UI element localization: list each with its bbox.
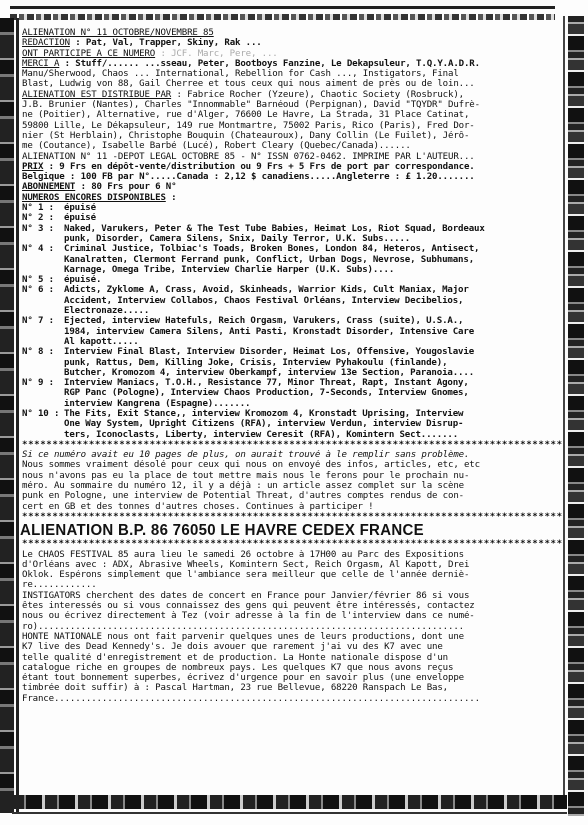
news-line: étant tout bonnement superbes, écrivez d… [22,673,562,683]
news-line: INSTIGATORS cherchent des dates de conce… [22,591,562,601]
issue-contents: Interview Maniacs, T.O.H., Resistance 77… [64,378,562,409]
note-line: Nous sommes vraiment désolé pour ceux qu… [22,460,562,470]
issue-row: N° 9 :Interview Maniacs, T.O.H., Resista… [22,378,562,409]
issue-contents-line: Al kapott..... [64,337,562,347]
issue-row: N° 3 :Naked, Varukers, Peter & The Test … [22,224,562,245]
issue-contents: Naked, Varukers, Peter & The Test Tube B… [64,224,562,245]
issue-contents-line: Interview Final Blast, Interview Disorde… [64,347,562,357]
issue-number: N° 6 : [22,285,64,316]
issue-contents-line: Interview Maniacs, T.O.H., Resistance 77… [64,378,562,388]
issue-number: N° 2 : [22,213,64,223]
issue-title: ALIENATION N° 11 OCTOBRE/NOVEMBRE 85 [22,28,562,38]
note-line: méro. Au sommaire du numéro 12, il y a d… [22,481,562,491]
issue-row: N° 1 :épuisé [22,203,562,213]
issue-number: N° 9 : [22,378,64,409]
issue-contents-line: épuisé [64,203,562,213]
participe-names: : JCF. Marc, Pere, ... [160,49,277,59]
issue-contents-line: Electronaze..... [64,306,562,316]
news-line: nous ou écrivez directement à Tez (voir … [22,611,562,621]
distrib-text-6: me (Coutance), Isabelle Barbé (Lucé), Ro… [22,141,562,151]
issue-contents: épuisé [64,213,562,223]
prix-label: PRIX [22,162,43,172]
issue-row: N° 4 :Criminal Justice, Tolbiac's Toads,… [22,244,562,275]
scan-rule-right [563,16,565,796]
issue-contents-line: Criminal Justice, Tolbiac's Toads, Broke… [64,244,562,254]
editorial-note: Si ce numéro avait eu 10 pages de plus, … [22,450,562,512]
issue-contents-line: punk, Rattus, Dem, Killing Joke, Crisis,… [64,358,562,368]
issue-contents-line: Butcher, Kromozom 4, interview Oberkampf… [64,368,562,378]
news-line: Oklok. Espérons simplement que l'ambianc… [22,570,562,580]
numeros-suffix: : [166,193,177,203]
issue-row: N° 2 :épuisé [22,213,562,223]
prix-text-2: Belgique : 100 FB par N°.....Canada : 2,… [22,172,562,182]
issue-row: N° 5 :épuisé. [22,275,562,285]
chaos-festival-news: Le CHAOS FESTIVAL 85 aura lieu le samedi… [22,550,562,591]
issue-contents-line: One Way System, Upright Citizens (RFA), … [64,419,562,429]
news-line: France..................................… [22,694,562,704]
distrib-line: ALIENATION EST DISTRIBUE PAR : Fabrice R… [22,90,562,100]
issue-row: N° 8 :Interview Final Blast, Interview D… [22,347,562,378]
distrib-label: ALIENATION EST DISTRIBUE PAR [22,90,171,100]
issue-number: N° 8 : [22,347,64,378]
issue-row: N° 10 :The Fits, Exit Stance,, interview… [22,409,562,440]
distrib-text-1: : Fabrice Rocher (Yzeure), Chaotic Socie… [176,90,464,100]
news-line: timbrée doit suffir) à : Pascal Hartman,… [22,683,562,693]
issue-contents-line: Adicts, Zyklome A, Crass, Avoid, Skinhea… [64,285,562,295]
scan-border-bottom [12,795,567,809]
issue-contents: Criminal Justice, Tolbiac's Toads, Broke… [64,244,562,275]
news-line: telle qualité d'enregistrement et de pro… [22,653,562,663]
zine-page: ALIENATION N° 11 OCTOBRE/NOVEMBRE 85 RED… [0,0,588,825]
separator-3: ****************************************… [22,539,562,549]
abonnement-label: ABONNEMENT [22,182,75,192]
abonnement-text: : 80 Frs pour 6 N° [81,182,177,192]
issue-number: N° 7 : [22,316,64,347]
distrib-text-3: ne (Poitier), Alternative, rue d'Alger, … [22,110,562,120]
news-line: Le CHAOS FESTIVAL 85 aura lieu le samedi… [22,550,562,560]
issue-contents-line: Accident, Interview Collabos, Chaos Fest… [64,296,562,306]
issue-contents-line: épuisé. [64,275,562,285]
issue-contents-line: épuisé [64,213,562,223]
numeros-label: NUMEROS ENCORES DISPONIBLES [22,193,166,203]
redaction-label: REDACTION [22,38,70,48]
prix-text-1: : 9 Frs en dépôt-vente/distribution ou 9… [49,162,475,172]
merci-line: MERCI A : Stuff/...... ...sseau, Peter, … [22,59,562,69]
zine-content: ALIENATION N° 11 OCTOBRE/NOVEMBRE 85 RED… [22,20,562,704]
scan-rule-bottom [12,812,567,814]
news-line: re............ [22,580,562,590]
participe-line: ONT PARTICIPE A CE NUMERO : JCF. Marc, P… [22,49,562,59]
news-line: d'Orléans avec : ADX, Abrasive Wheels, K… [22,560,562,570]
issue-contents-line: RGP Panc (Pologne), Interview Chaos Prod… [64,388,562,398]
note-line: nous n'avons pas eu la place de tout met… [22,471,562,481]
depot-legal-line: ALIENATION N° 11 -DEPOT LEGAL OCTOBRE 85… [22,152,562,162]
issue-contents-line: Kanalratten, Clermont Ferrand punk, Conf… [64,255,562,265]
participe-label: ONT PARTICIPE A CE NUMERO [22,49,155,59]
issue-contents: Interview Final Blast, Interview Disorde… [64,347,562,378]
issue-contents: Adicts, Zyklome A, Crass, Avoid, Skinhea… [64,285,562,316]
issue-row: N° 7 :Ejected, interview Hatefuls, Reich… [22,316,562,347]
numeros-heading: NUMEROS ENCORES DISPONIBLES : [22,193,562,203]
issue-number: N° 10 : [22,409,64,440]
mailing-address: ALIENATION B.P. 86 76050 LE HAVRE CEDEX … [20,523,562,540]
instigators-news: INSTIGATORS cherchent des dates de conce… [22,591,562,632]
issue-row: N° 6 :Adicts, Zyklome A, Crass, Avoid, S… [22,285,562,316]
issue-contents-line: interview Kangrena (Espagne)....... [64,399,562,409]
scan-rule-left [16,18,19,813]
scan-border-top [10,6,555,9]
issue-contents-line: Ejected, interview Hatefuls, Reich Orgas… [64,316,562,326]
news-line: ro).....................................… [22,622,562,632]
distrib-text-2: J.B. Brunier (Nantes), Charles "Innommab… [22,100,562,110]
note-line: punk en Pologne, une interview de Potent… [22,491,562,501]
issue-contents-line: punk, Disorder, Camera Silens, Snix, Dai… [64,234,562,244]
distrib-text-4: 59800 Lille, Le Dékapsuleur, 149 rue Mon… [22,121,562,131]
issue-contents-line: ters, Iconoclasts, Liberty, interview Ce… [64,430,562,440]
back-issues-list: N° 1 :épuiséN° 2 :épuiséN° 3 :Naked, Var… [22,203,562,440]
honte-nationale-news: HONTE NATIONALE nous ont fait parvenir q… [22,632,562,704]
issue-number: N° 3 : [22,224,64,245]
separator-1: ****************************************… [22,440,562,450]
merci-text-3: Blast, Ludwig von 88, Gail Cherree et to… [22,79,562,89]
issue-contents: The Fits, Exit Stance,, interview Kromoz… [64,409,562,440]
issue-contents-line: Karnage, Omega Tribe, Interview Charlie … [64,265,562,275]
redaction-names: : Pat, Val, Trapper, Skiny, Rak ... [75,38,261,48]
note-line: cert en GB et des tonnes d'autres choses… [22,502,562,512]
merci-text-2: Manu/Sherwood, Chaos ... International, … [22,69,562,79]
issue-contents-line: 1984, interview Camera Silens, Anti Past… [64,327,562,337]
issue-contents: Ejected, interview Hatefuls, Reich Orgas… [64,316,562,347]
scan-border-left [0,18,14,813]
issue-contents-line: The Fits, Exit Stance,, interview Kromoz… [64,409,562,419]
issue-contents: épuisé. [64,275,562,285]
redaction-line: REDACTION : Pat, Val, Trapper, Skiny, Ra… [22,38,562,48]
abonnement-line: ABONNEMENT : 80 Frs pour 6 N° [22,182,562,192]
issue-contents: épuisé [64,203,562,213]
distrib-text-5: nier (St Herblain), Christophe Bouquin (… [22,131,562,141]
issue-number: N° 5 : [22,275,64,285]
issue-number: N° 4 : [22,244,64,275]
merci-label: MERCI A [22,59,59,69]
note-line: Si ce numéro avait eu 10 pages de plus, … [22,450,562,460]
news-line: catalogue riche en groupes de nombreux p… [22,663,562,673]
issue-number: N° 1 : [22,203,64,213]
scan-border-right [568,16,584,816]
news-line: K7 live des Dead Kennedy's. Je dois avou… [22,642,562,652]
merci-text-1: : Stuff/...... ...sseau, Peter, Bootboys… [65,59,480,69]
news-line: êtes interessés ou si vous connaissez de… [22,601,562,611]
prix-line: PRIX : 9 Frs en dépôt-vente/distribution… [22,162,562,172]
issue-contents-line: Naked, Varukers, Peter & The Test Tube B… [64,224,562,234]
news-line: HONTE NATIONALE nous ont fait parvenir q… [22,632,562,642]
